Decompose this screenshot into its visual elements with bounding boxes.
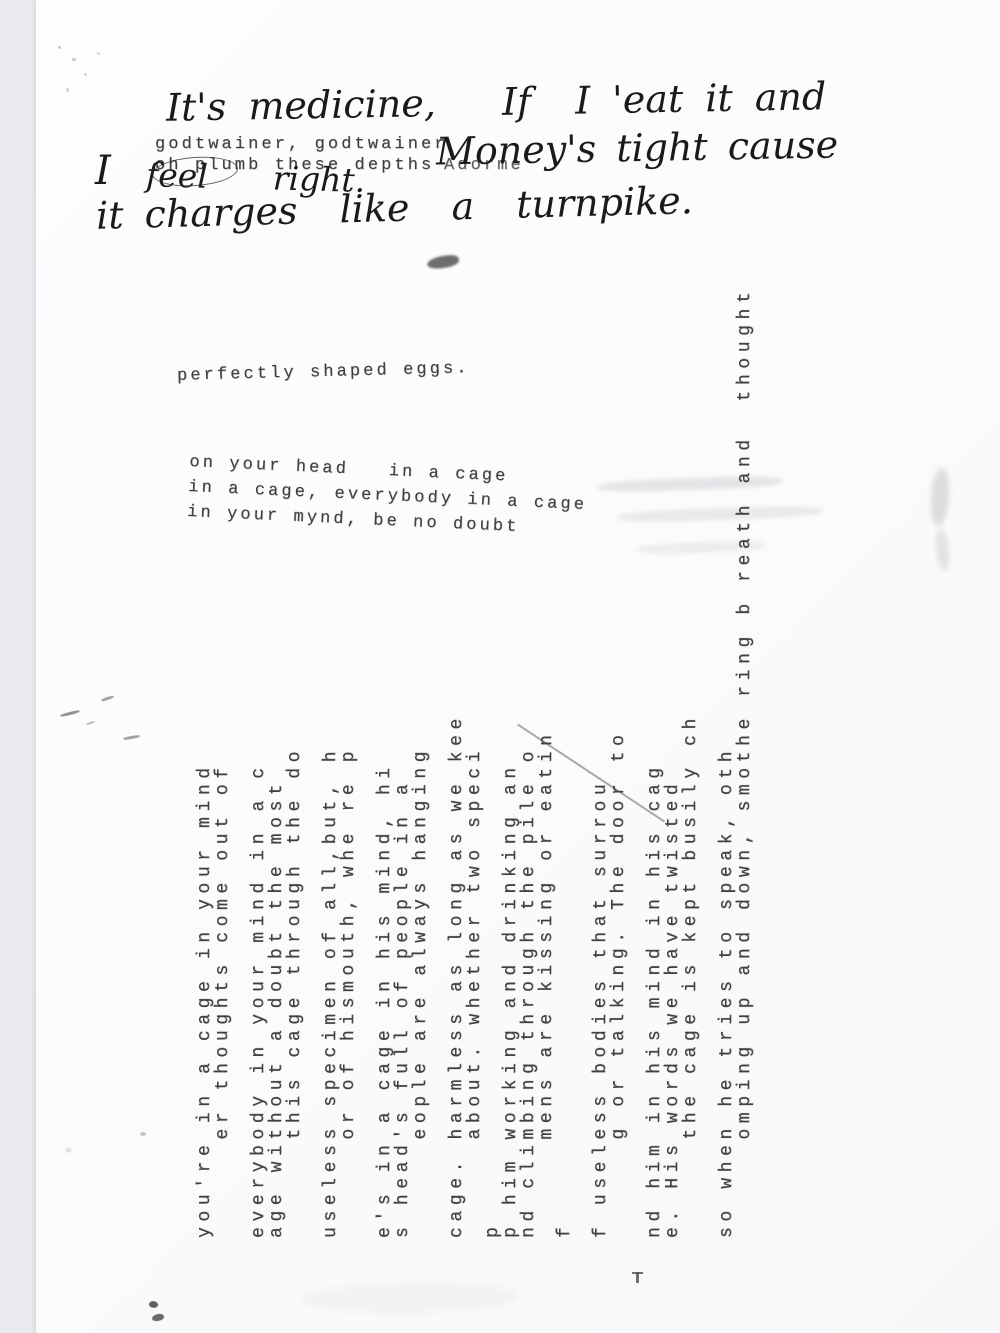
stray-mark — [58, 46, 61, 49]
stray-mark — [101, 695, 114, 702]
stray-mark — [140, 1132, 147, 1137]
stray-mark — [84, 73, 87, 76]
stray-mark — [151, 1312, 165, 1322]
stray-mark — [66, 1148, 71, 1152]
stray-mark — [148, 1299, 159, 1309]
typed-rotated-block: you're in a cage in your mind er thought… — [196, 243, 758, 1238]
stray-mark — [934, 527, 952, 572]
stray-mark — [86, 721, 95, 726]
stray-mark — [632, 1272, 643, 1274]
stray-mark — [60, 710, 80, 718]
handwritten-money-line: Money's tight cause — [436, 122, 839, 173]
stray-mark — [123, 735, 140, 741]
stray-mark — [300, 1281, 520, 1315]
stray-mark — [66, 88, 69, 92]
stray-mark — [97, 52, 100, 55]
stray-mark — [72, 58, 76, 61]
handwritten-pronoun-I: I — [95, 148, 111, 194]
stray-mark — [929, 467, 951, 526]
scan-background: { "page": { "background_color": "#e8eaef… — [0, 0, 1000, 1333]
